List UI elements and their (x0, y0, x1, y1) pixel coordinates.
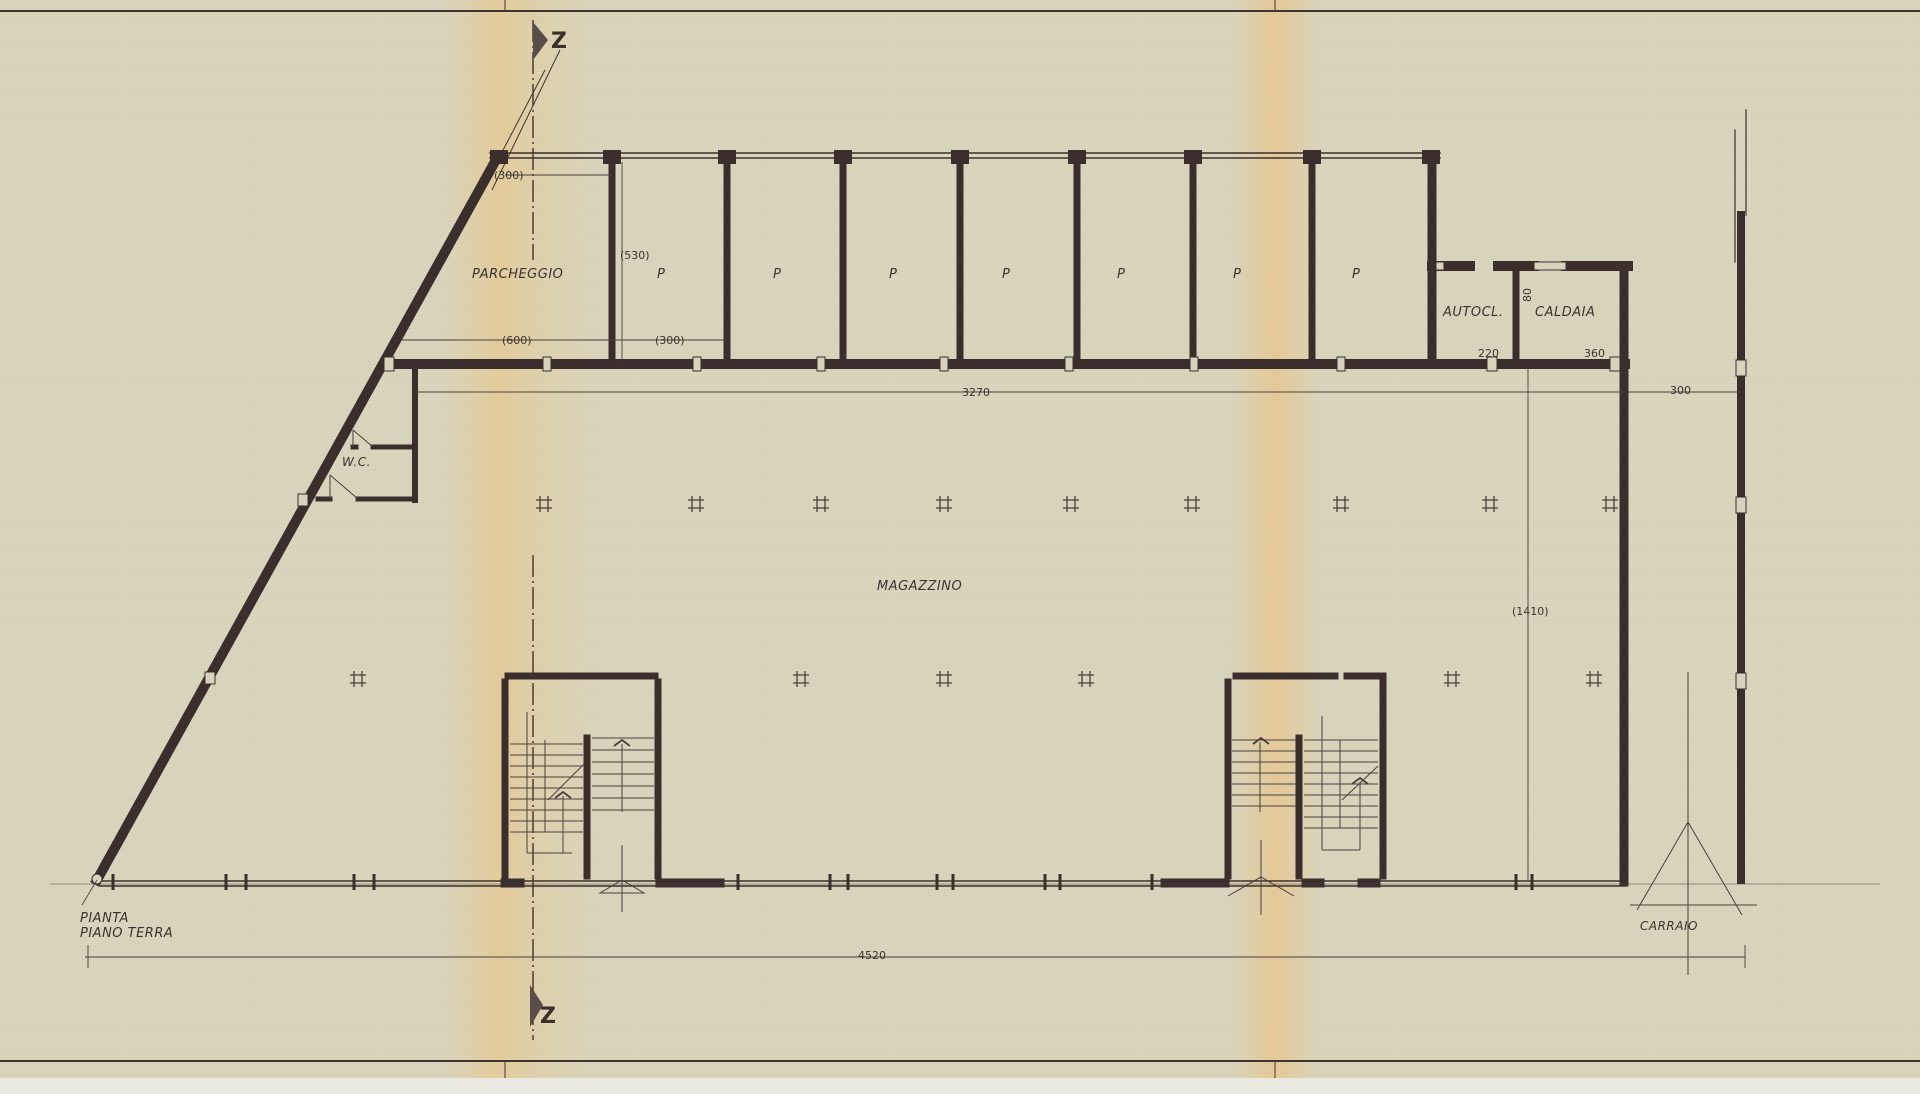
parking-space-3: P (889, 267, 897, 282)
parking-space-4: P (1002, 267, 1010, 282)
parking-space-7: P (1352, 267, 1360, 282)
room-label-boiler: CALDAIA (1535, 305, 1595, 320)
parking-space-2: P (773, 267, 781, 282)
dim-total-length: 4520 (858, 949, 886, 962)
dim-warehouse-length: 3270 (962, 386, 990, 399)
drawing-title-line2: PIANO TERRA (80, 926, 173, 941)
pillar-row-upper (536, 496, 1618, 512)
section-marker-bottom: Z (540, 1004, 556, 1029)
pillar-grid (350, 496, 1618, 687)
dim-parking-first-width: (600) (502, 334, 532, 347)
section-arrow-top-icon (533, 22, 548, 60)
dim-boiler-door: 80 (1521, 288, 1534, 302)
dim-boiler-width: 360 (1584, 347, 1605, 360)
dim-parking-space-width: (300) (655, 334, 685, 347)
parking-space-1: P (657, 267, 665, 282)
label-driveway: CARRAIO (1640, 919, 1698, 933)
dim-autoclave-width: 220 (1478, 347, 1499, 360)
parking-space-5: P (1117, 267, 1125, 282)
drawing-title-line1: PIANTA (80, 911, 129, 926)
dimension-lines (50, 162, 1880, 968)
column-blocks (490, 150, 1440, 164)
room-label-wc: W.C. (342, 455, 371, 469)
room-label-parking: PARCHEGGIO (472, 267, 563, 282)
dim-warehouse-depth: (1410) (1512, 605, 1549, 618)
section-marker-top: Z (551, 29, 567, 54)
floor-plan: Z Z (0, 0, 1920, 1094)
dim-parking-depth: (530) (620, 249, 650, 262)
parking-space-6: P (1233, 267, 1241, 282)
room-label-warehouse: MAGAZZINO (877, 579, 962, 594)
dim-driveway-width: 300 (1670, 384, 1691, 397)
walls (97, 110, 1746, 886)
room-label-autoclave: AUTOCL. (1442, 305, 1504, 320)
staircase-1 (510, 712, 654, 912)
dim-parking-corner: (300) (494, 169, 524, 182)
